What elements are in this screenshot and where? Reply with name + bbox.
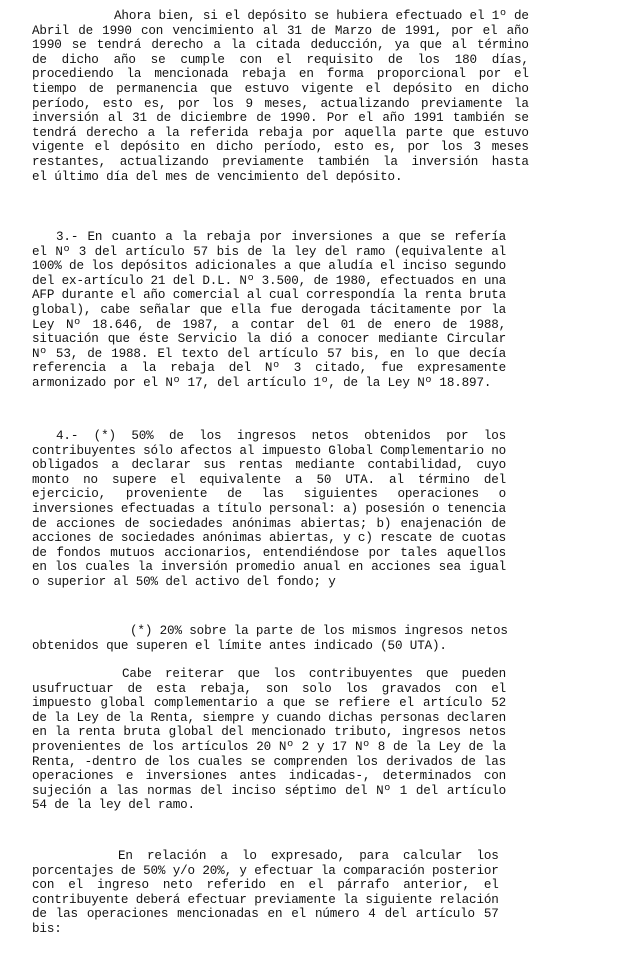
text-line: impuesto global complementario a que se … xyxy=(32,696,506,711)
text-line: operaciones e inversiones antes indicada… xyxy=(32,769,506,784)
text-line: (*) 20% sobre la parte de los mismos ing… xyxy=(32,624,508,639)
text-line: porcentajes de 50% y/o 20%, y efectuar l… xyxy=(32,864,499,879)
text-line: el Nº 3 del artículo 57 bis de la ley de… xyxy=(32,245,506,260)
text-line: restantes, actualizando previamente tamb… xyxy=(32,155,529,170)
text-line: tiempo de permanencia que estuvo vigente… xyxy=(32,82,529,97)
text-line: en los cuales la inversión promedio anua… xyxy=(32,560,506,575)
text-line: armonizado por el Nº 17, del artículo 1º… xyxy=(32,376,506,391)
text-line: usufructuar de esta rebaja, son solo los… xyxy=(32,682,506,697)
paragraph-item-3: 3.- En cuanto a la rebaja por inversione… xyxy=(32,230,506,391)
text-line: del ex-artículo 21 del D.L. Nº 3.500, de… xyxy=(32,274,506,289)
text-line: global), cabe señalar que ella fue derog… xyxy=(32,303,506,318)
text-line: Cabe reiterar que los contribuyentes que… xyxy=(32,667,506,682)
text-line: contribuyente deberá efectuar previament… xyxy=(32,893,499,908)
text-line: Renta, -dentro de los cuales se comprend… xyxy=(32,755,506,770)
text-line: de acciones de sociedades anónimas abier… xyxy=(32,517,506,532)
paragraph-deposit-example: Ahora bien, si el depósito se hubiera ef… xyxy=(32,9,529,184)
text-line: período, esto es, por los 9 meses, actua… xyxy=(32,97,529,112)
text-line: bis: xyxy=(32,922,499,937)
text-line: 1990 se tendrá derecho a la citada deduc… xyxy=(32,38,529,53)
text-line: o superior al 50% del activo del fondo; … xyxy=(32,575,506,590)
text-line: Ahora bien, si el depósito se hubiera ef… xyxy=(32,9,529,24)
text-line: Ley Nº 18.646, de 1987, a contar del 01 … xyxy=(32,318,506,333)
text-line: en la renta bruta global del mencionado … xyxy=(32,725,506,740)
text-line: acciones de sociedades anónimas abiertas… xyxy=(32,531,506,546)
text-line: obligados a declarar sus rentas mediante… xyxy=(32,458,506,473)
text-line: Abril de 1990 con vencimiento al 31 de M… xyxy=(32,24,529,39)
text-line: 100% de los depósitos adicionales a que … xyxy=(32,259,506,274)
text-line: En relación a lo expresado, para calcula… xyxy=(32,849,499,864)
text-line: 3.- En cuanto a la rebaja por inversione… xyxy=(32,230,506,245)
paragraph-reiteration: Cabe reiterar que los contribuyentes que… xyxy=(32,667,506,813)
text-line: contribuyentes sólo afectos al impuesto … xyxy=(32,444,506,459)
text-line: de la Ley de la Renta, siempre y cuando … xyxy=(32,711,506,726)
text-line: monto no supere el equivalente a 50 UTA.… xyxy=(32,473,506,488)
paragraph-calculation-intro: En relación a lo expresado, para calcula… xyxy=(32,849,499,937)
paragraph-item-4: 4.- (*) 50% de los ingresos netos obteni… xyxy=(32,429,506,590)
text-line: de las operaciones mencionadas en el núm… xyxy=(32,907,499,922)
text-line: inversiones efectuadas a título personal… xyxy=(32,502,506,517)
text-line: provenientes de los artículos 20 Nº 2 y … xyxy=(32,740,506,755)
text-line: tendrá derecho a la referida rebaja por … xyxy=(32,126,529,141)
text-line: el último día del mes de vencimiento del… xyxy=(32,170,529,185)
text-line: referencia a la rebaja del Nº 3 citado, … xyxy=(32,361,506,376)
text-line: inversión al 31 de diciembre de 1990. Po… xyxy=(32,111,529,126)
text-line: de dicho año se cumple con el requisito … xyxy=(32,53,529,68)
text-line: con el ingreso neto referido en el párra… xyxy=(32,878,499,893)
text-line: situación que éste Servicio la dió a con… xyxy=(32,332,506,347)
text-line: 4.- (*) 50% de los ingresos netos obteni… xyxy=(32,429,506,444)
text-line: procediendo la mencionada rebaja en form… xyxy=(32,67,529,82)
text-line: obtenidos que superen el límite antes in… xyxy=(32,639,508,654)
text-line: AFP durante el año comercial al cual cor… xyxy=(32,288,506,303)
text-line: vigente el depósito en dicho período, es… xyxy=(32,140,529,155)
text-line: 54 de la ley del ramo. xyxy=(32,798,506,813)
paragraph-item-4-twenty-percent: (*) 20% sobre la parte de los mismos ing… xyxy=(32,624,508,653)
text-line: ejercicio, proveniente de las siguientes… xyxy=(32,487,506,502)
text-line: de fondos mutuos accionarios, entendiénd… xyxy=(32,546,506,561)
text-line: Nº 53, de 1988. El texto del artículo 57… xyxy=(32,347,506,362)
text-line: sujeción a las normas del inciso séptimo… xyxy=(32,784,506,799)
